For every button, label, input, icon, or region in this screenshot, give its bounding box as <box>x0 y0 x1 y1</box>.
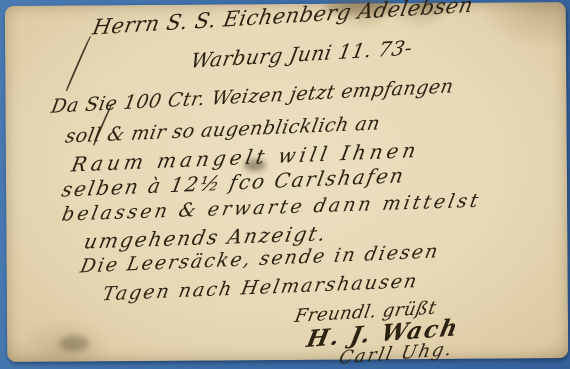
handwriting-line: Tagen nach Helmarshausen <box>101 270 421 305</box>
recipient-line: Herrn S. S. Eichenberg Adelebsen <box>91 0 476 40</box>
pen-flourish <box>65 36 91 92</box>
handwriting-line: Da Sie 100 Ctr. Weizen jetzt empfangen <box>49 75 455 118</box>
postcard: Herrn S. S. Eichenberg Adelebsen Warburg… <box>5 2 568 362</box>
place-date-line: Warburg Juni 11. 73- <box>189 35 415 72</box>
paper-stain <box>59 335 89 351</box>
scan-backdrop: Herrn S. S. Eichenberg Adelebsen Warburg… <box>0 0 570 369</box>
